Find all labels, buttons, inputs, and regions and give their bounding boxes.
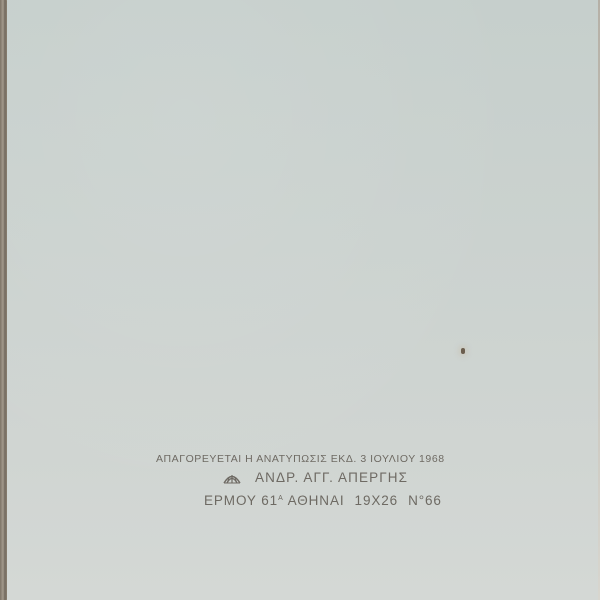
photo-scene: ΑΠΑΓΟΡΕΥΕΤΑΙ Η ΑΝΑΤΥΠΩΣΙΣ ΕΚΔ. 3 ΙΟΥΛΙΟΥ… [0, 0, 600, 600]
paper-speck [461, 348, 465, 354]
card-back [7, 0, 598, 600]
